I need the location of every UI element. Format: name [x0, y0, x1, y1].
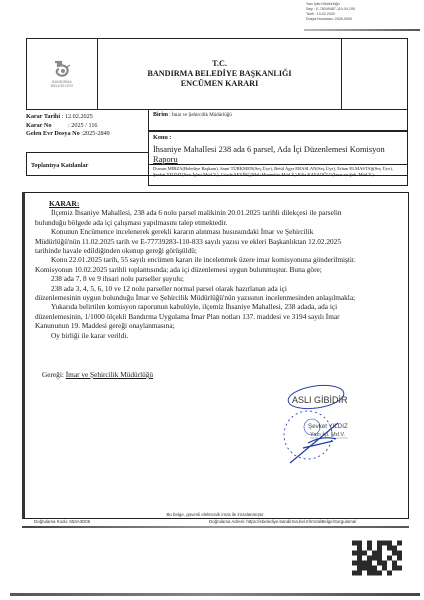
participants-cell-border: [148, 176, 408, 186]
birim-cell: Birim : İmar ve Şehircilik Müdürlüğü: [148, 110, 408, 131]
decision-line: Konu 22.01.2025 tarih, 55 sayılı encümen…: [35, 255, 400, 264]
karar-no: : 2025 / 116: [68, 122, 98, 129]
municipality-logo: BANDIRMA BELEDİYESİ: [27, 39, 98, 109]
karar-tarihi-label: Karar Tarihi: [26, 113, 60, 120]
verification-url[interactable]: Doğrulama Adresi: https://ebelediye.band…: [209, 519, 356, 524]
decision-line: 238 ada 3, 4, 5, 6, 10 ve 12 nolu parsel…: [35, 284, 400, 293]
karar-no-label: Karar No: [26, 122, 68, 131]
stamp-line: Dosya Numarası: 2025-0000: [306, 17, 418, 22]
empty-cell: [341, 39, 407, 109]
stamp-divider: [304, 29, 420, 31]
konu-cell: Konu : İhsaniye Mahallesi 238 ada 6 pars…: [148, 131, 408, 176]
certified-copy-stamp: ASLI GİBİDİR Şevket YILDIZ Yazı İşl. Md.…: [278, 383, 356, 499]
participants-label: Toplantıya Katılanlar: [26, 152, 148, 176]
decision-line: Müdürlüğü'nün 11.02.2025 tarih ve E-7773…: [35, 237, 400, 246]
konu-label: Konu :: [153, 134, 403, 141]
decision-line: Kanununun 19. Maddesi gereği onaylanması…: [35, 321, 400, 330]
svg-text:ASLI GİBİDİR: ASLI GİBİDİR: [292, 395, 348, 405]
document-title: T.C. BANDIRMA BELEDİYE BAŞKANLIĞI ENCÜME…: [98, 39, 341, 109]
registry-stamp: Yazı İşleri Müdürlüğü Sayı : E-78049487-…: [306, 2, 418, 22]
konu-text: İhsaniye Mahallesi 238 ada 6 parsel, Ada…: [153, 145, 385, 154]
decision-line: Yukarıda belirtilen komisyon raporunun k…: [35, 302, 400, 311]
verification-code: Doğrulama Kodu: 653A3D05: [34, 519, 90, 524]
logo-text: BELEDİYESİ: [51, 84, 73, 89]
logo-icon: [52, 60, 72, 78]
title-line: T.C.: [212, 59, 227, 69]
konu-text: Raporu: [153, 155, 178, 164]
decision-line: 238 ada 7, 8 ve 9 ihsari nolu parseller …: [35, 274, 400, 283]
gelen-evr-label: Gelen Evr Dosya No: [26, 130, 80, 137]
gelen-evr: :2025-2849: [81, 130, 110, 137]
decision-line: İlçemiz İhsaniye Mahallesi, 238 ada 6 no…: [35, 208, 400, 217]
e-signature-notice: Bu belge, güvenli elektronik imza ile im…: [22, 512, 409, 517]
decision-line: düzenlemesinin uygun bulunduğu İmar ve Ş…: [35, 293, 400, 302]
title-line: BANDIRMA BELEDİYE BAŞKANLIĞI: [147, 69, 291, 79]
birim-value: : İmar ve Şehircilik Müdürlüğü: [169, 113, 232, 118]
decision-line: Komisyonun 10.02.2025 tarihli toplantısı…: [35, 265, 400, 274]
decision-line: Konunun Encümence incelenerek gerekli ka…: [35, 227, 400, 236]
karar-tarihi: : 12.02.2025: [62, 113, 93, 120]
decision-line: tarihinde havale edildiğinden okunup ger…: [35, 246, 400, 255]
decision-heading: KARAR:: [49, 199, 400, 208]
page-bottom-edge: [10, 593, 420, 596]
decision-line: bulunduğu bölgede ada içi çalışması yapı…: [35, 218, 400, 227]
footer-divider: [22, 526, 409, 528]
birim-label: Birim: [153, 112, 168, 118]
geregi-line: Gereği: İmar ve Şehircilik Müdürlüğü: [42, 370, 153, 379]
qr-code-icon: [352, 540, 402, 576]
decision-line: düzenlemesinin, 1/1000 ölçekli Bandırma …: [35, 312, 400, 321]
geregi-value: İmar ve Şehircilik Müdürlüğü: [66, 370, 153, 379]
title-line: ENCÜMEN KARARI: [181, 79, 259, 89]
geregi-label: Gereği:: [42, 370, 64, 379]
svg-text:Şevket YILDIZ: Şevket YILDIZ: [308, 423, 348, 430]
document-header: BANDIRMA BELEDİYESİ T.C. BANDIRMA BELEDİ…: [26, 38, 408, 110]
decision-line: Oy birliği ile karar verildi.: [35, 331, 400, 340]
